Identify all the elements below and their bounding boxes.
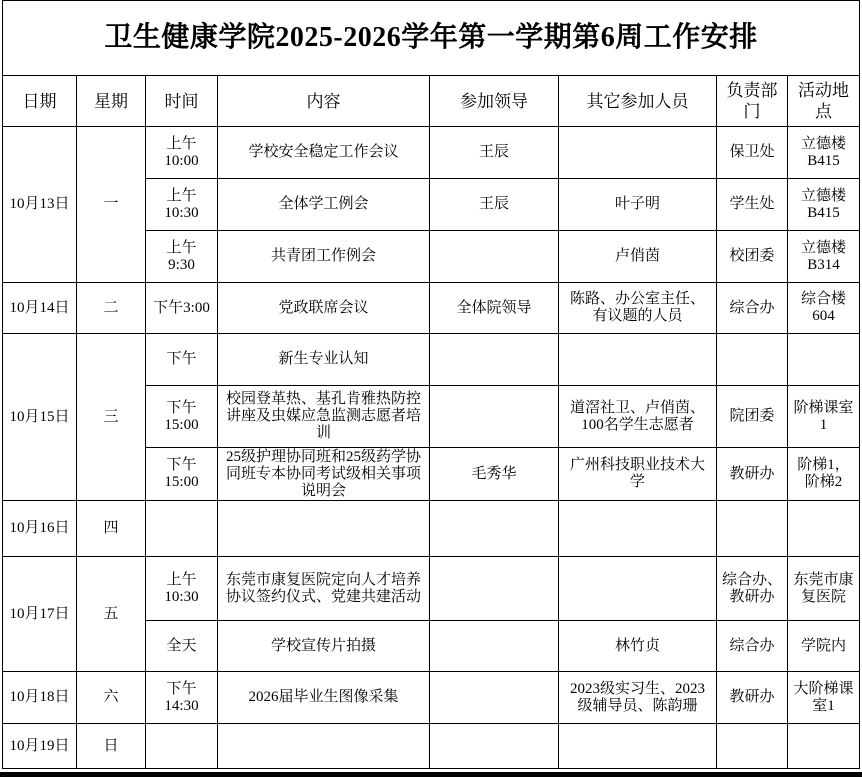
- col-header-department: 负责部 门: [717, 76, 788, 127]
- table-row: 10月17日五上午 10:30东莞市康复医院定向人才培养 协议签约仪式、党建共建…: [3, 557, 860, 621]
- table-row: 10月15日三下午新生专业认知: [3, 334, 860, 386]
- cell-location: 综合楼 604: [788, 283, 860, 334]
- cell-weekday: 四: [77, 501, 146, 557]
- cell-time: 下午 15:00: [146, 448, 218, 501]
- cell-content: 校园登革热、基孔肯雅热防控 讲座及虫媒应急监测志愿者培 训: [218, 386, 430, 448]
- cell-others: 2023级实习生、2023 级辅导员、陈韵珊: [559, 672, 717, 724]
- cell-location: [788, 724, 860, 769]
- cell-date: 10月15日: [3, 334, 77, 501]
- cell-content: 东莞市康复医院定向人才培养 协议签约仪式、党建共建活动: [218, 557, 430, 621]
- cell-date: 10月13日: [3, 127, 77, 283]
- cell-time: 上午 9:30: [146, 231, 218, 283]
- cell-weekday: 一: [77, 127, 146, 283]
- cell-location: 立德楼 B314: [788, 231, 860, 283]
- cell-leaders: [430, 231, 559, 283]
- cell-weekday: 六: [77, 672, 146, 724]
- col-header-others: 其它参加人员: [559, 76, 717, 127]
- cell-content: 全体学工例会: [218, 179, 430, 231]
- cell-time: 下午3:00: [146, 283, 218, 334]
- cell-weekday: 五: [77, 557, 146, 672]
- cell-department: 综合办、 教研办: [717, 557, 788, 621]
- cell-leaders: [430, 621, 559, 672]
- cell-others: 林竹贞: [559, 621, 717, 672]
- cell-time: 下午 15:00: [146, 386, 218, 448]
- cell-department: [717, 334, 788, 386]
- cell-department: [717, 501, 788, 557]
- cell-content: 2026届毕业生图像采集: [218, 672, 430, 724]
- cell-location: 东莞市康 复医院: [788, 557, 860, 621]
- cell-time: [146, 501, 218, 557]
- table-row: 10月19日日: [3, 724, 860, 769]
- col-header-time: 时间: [146, 76, 218, 127]
- cell-location: [788, 334, 860, 386]
- cell-location: 大阶梯课 室1: [788, 672, 860, 724]
- cell-leaders: [430, 334, 559, 386]
- cell-time: 全天: [146, 621, 218, 672]
- page-title: 卫生健康学院2025-2026学年第一学期第6周工作安排: [3, 1, 860, 76]
- cell-location: 学院内: [788, 621, 860, 672]
- schedule-body: 10月13日一上午 10:00学校安全稳定工作会议王辰保卫处立德楼 B415上午…: [3, 127, 860, 769]
- cell-time: 上午 10:30: [146, 557, 218, 621]
- table-row: 10月16日四: [3, 501, 860, 557]
- cell-others: [559, 501, 717, 557]
- cell-weekday: 二: [77, 283, 146, 334]
- table-row: 10月14日二下午3:00党政联席会议全体院领导陈路、办公室主任、 有议题的人员…: [3, 283, 860, 334]
- cell-department: 保卫处: [717, 127, 788, 179]
- cell-content: 党政联席会议: [218, 283, 430, 334]
- cell-leaders: 王辰: [430, 179, 559, 231]
- cell-others: 道滘社卫、卢俏茵、 100名学生志愿者: [559, 386, 717, 448]
- cell-department: 教研办: [717, 672, 788, 724]
- cell-content: 新生专业认知: [218, 334, 430, 386]
- cell-others: 叶子明: [559, 179, 717, 231]
- cell-content: [218, 724, 430, 769]
- cell-others: 广州科技职业技术大 学: [559, 448, 717, 501]
- cell-location: 立德楼 B415: [788, 127, 860, 179]
- cell-leaders: [430, 386, 559, 448]
- cell-others: [559, 724, 717, 769]
- cell-date: 10月14日: [3, 283, 77, 334]
- cell-department: 学生处: [717, 179, 788, 231]
- cell-location: 阶梯1， 阶梯2: [788, 448, 860, 501]
- header-row: 日期 星期 时间 内容 参加领导 其它参加人员 负责部 门 活动地 点: [3, 76, 860, 127]
- table-row: 10月13日一上午 10:00学校安全稳定工作会议王辰保卫处立德楼 B415: [3, 127, 860, 179]
- cell-others: 卢俏茵: [559, 231, 717, 283]
- title-row: 卫生健康学院2025-2026学年第一学期第6周工作安排: [3, 1, 860, 76]
- cell-location: 立德楼 B415: [788, 179, 860, 231]
- cell-date: 10月16日: [3, 501, 77, 557]
- bottom-edge-bar: [0, 772, 862, 777]
- cell-date: 10月19日: [3, 724, 77, 769]
- cell-leaders: [430, 672, 559, 724]
- cell-department: [717, 724, 788, 769]
- cell-department: 综合办: [717, 621, 788, 672]
- cell-content: 学校宣传片拍摄: [218, 621, 430, 672]
- cell-date: 10月18日: [3, 672, 77, 724]
- cell-time: 下午: [146, 334, 218, 386]
- schedule-page: 卫生健康学院2025-2026学年第一学期第6周工作安排 日期 星期 时间 内容…: [0, 0, 862, 777]
- cell-leaders: [430, 557, 559, 621]
- col-header-date: 日期: [3, 76, 77, 127]
- col-header-weekday: 星期: [77, 76, 146, 127]
- cell-content: 共青团工作例会: [218, 231, 430, 283]
- col-header-content: 内容: [218, 76, 430, 127]
- cell-date: 10月17日: [3, 557, 77, 672]
- cell-department: 院团委: [717, 386, 788, 448]
- cell-others: 陈路、办公室主任、 有议题的人员: [559, 283, 717, 334]
- schedule-table: 卫生健康学院2025-2026学年第一学期第6周工作安排 日期 星期 时间 内容…: [2, 0, 860, 769]
- cell-others: [559, 557, 717, 621]
- cell-location: 阶梯课室 1: [788, 386, 860, 448]
- cell-department: 综合办: [717, 283, 788, 334]
- cell-time: 上午 10:30: [146, 179, 218, 231]
- cell-leaders: [430, 724, 559, 769]
- cell-time: [146, 724, 218, 769]
- cell-leaders: [430, 501, 559, 557]
- col-header-location: 活动地 点: [788, 76, 860, 127]
- cell-weekday: 日: [77, 724, 146, 769]
- cell-weekday: 三: [77, 334, 146, 501]
- cell-department: 校团委: [717, 231, 788, 283]
- cell-time: 上午 10:00: [146, 127, 218, 179]
- cell-content: [218, 501, 430, 557]
- cell-leaders: 毛秀华: [430, 448, 559, 501]
- cell-others: [559, 127, 717, 179]
- cell-content: 25级护理协同班和25级药学协 同班专本协同考试级相关事项 说明会: [218, 448, 430, 501]
- cell-location: [788, 501, 860, 557]
- col-header-leaders: 参加领导: [430, 76, 559, 127]
- cell-others: [559, 334, 717, 386]
- cell-content: 学校安全稳定工作会议: [218, 127, 430, 179]
- cell-leaders: 全体院领导: [430, 283, 559, 334]
- cell-leaders: 王辰: [430, 127, 559, 179]
- table-row: 10月18日六下午 14:302026届毕业生图像采集2023级实习生、2023…: [3, 672, 860, 724]
- cell-department: 教研办: [717, 448, 788, 501]
- cell-time: 下午 14:30: [146, 672, 218, 724]
